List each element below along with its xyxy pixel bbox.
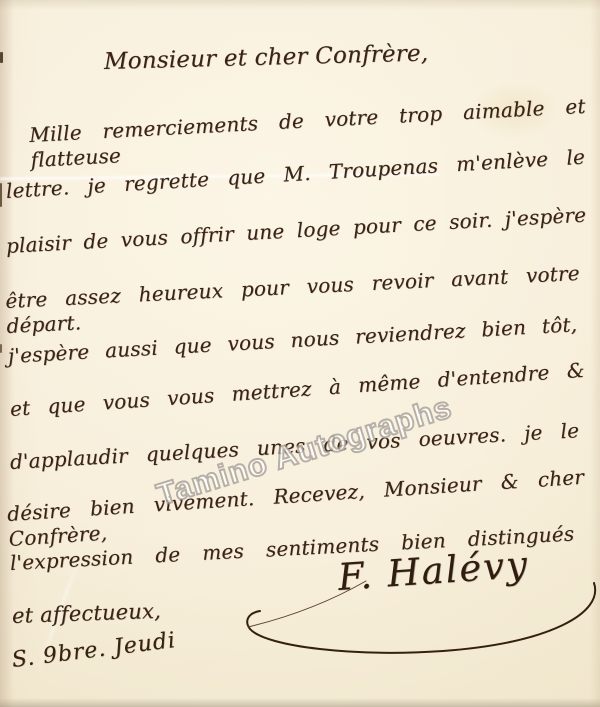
paper-edge-top (0, 0, 600, 10)
closing-line: et affectueux, (12, 598, 162, 629)
letter-line: et que vous vous mettrez à même d'entend… (9, 358, 585, 422)
paper-edge-bottom (0, 698, 600, 707)
edge-speck (0, 344, 2, 353)
salutation-line: Monsieur et cher Confrère, (104, 40, 429, 77)
edge-speck (0, 52, 3, 63)
signature-flourish (238, 575, 600, 665)
date-line: S. 9bre. Jeudi (10, 628, 177, 673)
edge-speck (0, 183, 2, 207)
letter-line: plaisir de vous offrir une loge pour ce … (5, 203, 587, 259)
letter-scan: Monsieur et cher Confrère, Mille remerci… (0, 0, 600, 707)
